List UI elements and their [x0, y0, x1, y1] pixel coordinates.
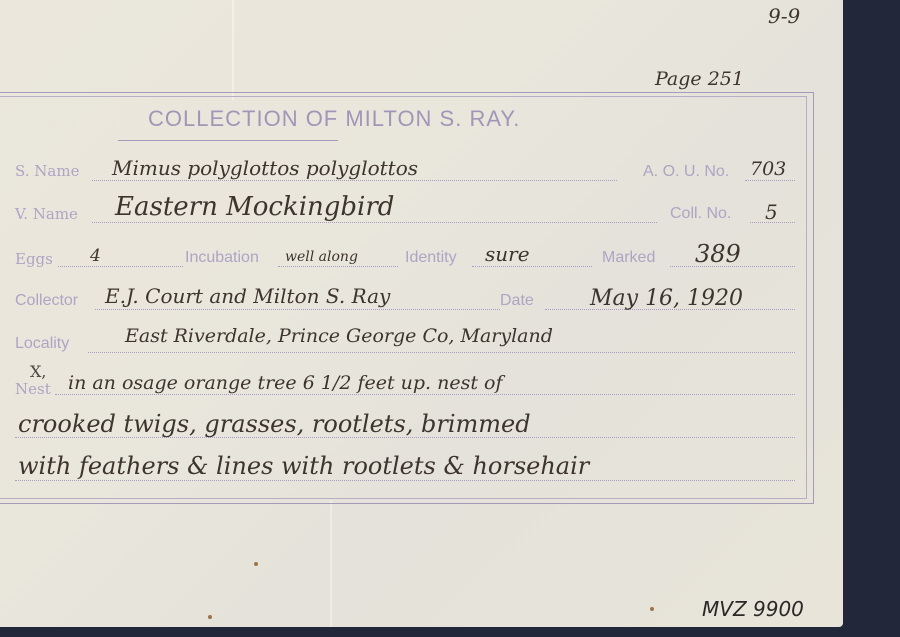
eggs-value: 4 [90, 246, 101, 266]
identity-value: sure [485, 242, 530, 266]
corner-note: 9-9 [768, 4, 800, 28]
v-name-label: V. Name [15, 205, 78, 223]
nest-line-3 [15, 480, 795, 481]
nest-text-line-1: in an osage orange tree 6 1/2 feet up. n… [68, 372, 503, 394]
s-name-value: Mimus polyglottos polyglottos [112, 156, 418, 180]
date-value: May 16, 1920 [590, 286, 743, 311]
collector-line [95, 309, 500, 310]
aou-no-label: A. O. U. No. [643, 163, 729, 181]
catalog-number: MVZ 9900 [702, 597, 804, 621]
page-label: Page 251 [655, 68, 744, 90]
collector-label: Collector [15, 292, 78, 310]
specimen-card: 9-9 Page 251 COLLECTION OF MILTON S. RAY… [0, 0, 843, 627]
coll-no-label: Coll. No. [670, 205, 731, 223]
identity-label: Identity [405, 249, 457, 267]
date-label: Date [500, 292, 534, 310]
s-name-label: S. Name [15, 162, 79, 180]
stain-spot [254, 562, 258, 566]
nest-line-1 [55, 394, 795, 395]
card-title: COLLECTION OF MILTON S. RAY. [148, 106, 520, 132]
locality-value: East Riverdale, Prince George Co, Maryla… [125, 325, 553, 347]
aou-no-value: 703 [750, 158, 786, 180]
nest-text-line-3: with feathers & lines with rootlets & ho… [18, 452, 589, 480]
incubation-line [278, 266, 398, 267]
identity-line [472, 266, 592, 267]
coll-no-value: 5 [765, 200, 778, 224]
incubation-value: well along [285, 249, 358, 265]
locality-label: Locality [15, 335, 69, 353]
title-underline [118, 140, 338, 141]
marked-label: Marked [602, 249, 655, 267]
collector-value: E.J. Court and Milton S. Ray [105, 284, 390, 308]
eggs-line [58, 266, 183, 267]
paper-crease [330, 500, 332, 627]
stain-spot [650, 607, 654, 611]
v-name-line [92, 222, 657, 223]
nest-mark: X, [30, 362, 46, 381]
nest-text-line-2: crooked twigs, grasses, rootlets, brimme… [18, 410, 531, 438]
marked-value: 389 [695, 240, 741, 268]
s-name-line [92, 180, 617, 181]
v-name-value: Eastern Mockingbird [115, 192, 394, 222]
nest-label: Nest [15, 380, 51, 398]
incubation-label: Incubation [185, 249, 259, 267]
paper-crease [232, 0, 234, 100]
locality-line [88, 352, 795, 353]
aou-no-line [745, 180, 795, 181]
stain-spot [208, 615, 212, 619]
eggs-label: Eggs [15, 250, 53, 268]
